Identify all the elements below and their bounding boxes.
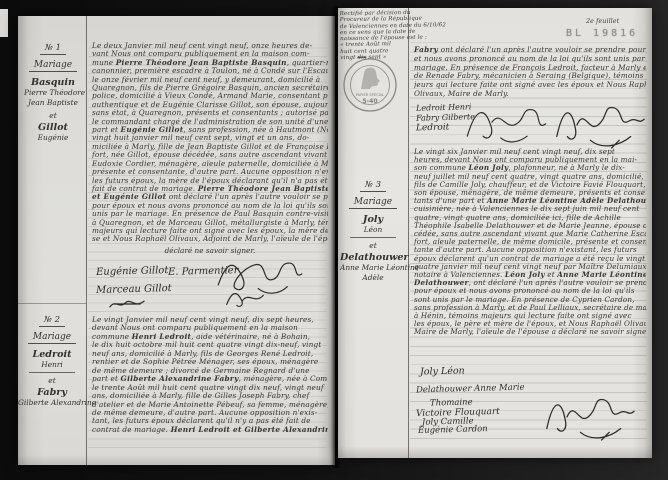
margin-underline xyxy=(350,237,396,238)
act-1-body-text: Le deux Janvier mil neuf cent vingt neuf… xyxy=(92,42,328,244)
act-3-body-text: Le vingt six Janvier mil neuf cent vingt… xyxy=(414,148,646,337)
manuscript-line: Ledroit xyxy=(18,350,86,360)
svg-text:PAPIER SPÉCIAL: PAPIER SPÉCIAL xyxy=(356,92,384,97)
manuscript-line: Jean Baptiste xyxy=(24,98,82,108)
manuscript-line: Basquin xyxy=(24,78,82,88)
conjunction: et xyxy=(340,241,406,250)
registry-number-stamp: BL 19816 xyxy=(566,28,638,39)
margin-annotation-act-1: № 1 Mariage BasquinPierre ThéodoreJean B… xyxy=(24,43,82,143)
sheet-note: 2e feuillet xyxy=(586,17,619,25)
scan-edge-artifact xyxy=(0,9,8,37)
bride-name: GillotEugénie xyxy=(24,123,82,143)
margin-annotation-act-3: № 3 Mariage JolyLéon et DelathouwerAnne … xyxy=(340,180,406,283)
margin-underline xyxy=(29,372,75,373)
manuscript-line: Henri xyxy=(18,360,86,370)
bride-name: FabryGilberte Alexandrine xyxy=(18,388,86,408)
conjunction: et xyxy=(24,111,82,120)
bride-name: DelathouwerAnne Marie LéontineAdèle xyxy=(340,253,406,283)
signature-bride-3: Delathouwer Anne Marie xyxy=(416,383,525,396)
act-type: Mariage xyxy=(24,60,82,72)
manuscript-line: Léon xyxy=(340,225,406,235)
signature-witness-3b: Eugénie Cardon xyxy=(418,424,488,436)
groom-name: LedroitHenri xyxy=(18,350,86,370)
manuscript-line: Delathouwer xyxy=(340,253,406,263)
official-seal-stamp: PAPIER SPÉCIAL 5-40 xyxy=(341,56,399,114)
signature-scribble xyxy=(108,297,146,311)
act-number: № 1 xyxy=(24,43,82,55)
marianne-profile-icon xyxy=(361,68,380,89)
manuscript-line: Gillot xyxy=(24,123,82,133)
margin-rule xyxy=(408,8,409,458)
signature-groom-3: Joly Léon xyxy=(420,365,465,377)
signature-flourish-small xyxy=(224,288,266,310)
manuscript-line: Eugénie xyxy=(24,133,82,143)
act-type: Mariage xyxy=(340,197,406,209)
manuscript-line: Adèle xyxy=(340,273,406,283)
groom-name: BasquinPierre ThéodoreJean Baptiste xyxy=(24,78,82,108)
signature-flourish-fabry xyxy=(462,100,550,146)
entry-separator xyxy=(18,303,86,304)
register-page-left: № 1 Mariage BasquinPierre ThéodoreJean B… xyxy=(18,16,335,465)
act-number: № 3 xyxy=(340,180,406,192)
manuscript-line: Joly xyxy=(340,215,406,225)
manuscript-line: contrat de mariage. Henri Ledroit et Gil… xyxy=(92,426,328,434)
svg-text:5-40: 5-40 xyxy=(362,98,377,105)
register-page-right: Rectifié par décision duProcureur de la … xyxy=(338,8,652,458)
signature-witness-2: Marceau Gillot xyxy=(96,283,172,296)
signature-witness: Ledroit xyxy=(416,123,450,134)
scanned-register-spread: № 1 Mariage BasquinPierre ThéodoreJean B… xyxy=(0,0,668,480)
signature-flourish-mayor xyxy=(542,390,638,442)
manuscript-line: Pierre Théodore xyxy=(24,88,82,98)
act-number: № 2 xyxy=(18,315,86,327)
manuscript-line: Fabry xyxy=(18,388,86,398)
manuscript-line: se et Nous Raphaël Olivaux, Adjoint de M… xyxy=(92,235,328,243)
conjunction: et xyxy=(18,376,86,385)
act-type: Mariage xyxy=(18,332,86,344)
manuscript-line: Gilberte Alexandrine xyxy=(18,398,86,408)
act-2-body-text: Le vingt Janvier mil neuf cent vingt neu… xyxy=(92,316,328,434)
margin-annotation-act-2: № 2 Mariage LedroitHenri et FabryGilbert… xyxy=(18,315,86,408)
manuscript-line: Maire de Marly, l'aïeule de l'épouse a d… xyxy=(414,328,646,336)
groom-name: JolyLéon xyxy=(340,215,406,235)
signature-flourish-mayor xyxy=(552,98,648,150)
manuscript-line: Anne Marie Léontine xyxy=(340,263,406,273)
signature-bride-1: Eugénie Gillot xyxy=(96,265,169,278)
act-2-continuation-text: Fabry ont déclaré l'un après l'autre vou… xyxy=(414,46,646,99)
